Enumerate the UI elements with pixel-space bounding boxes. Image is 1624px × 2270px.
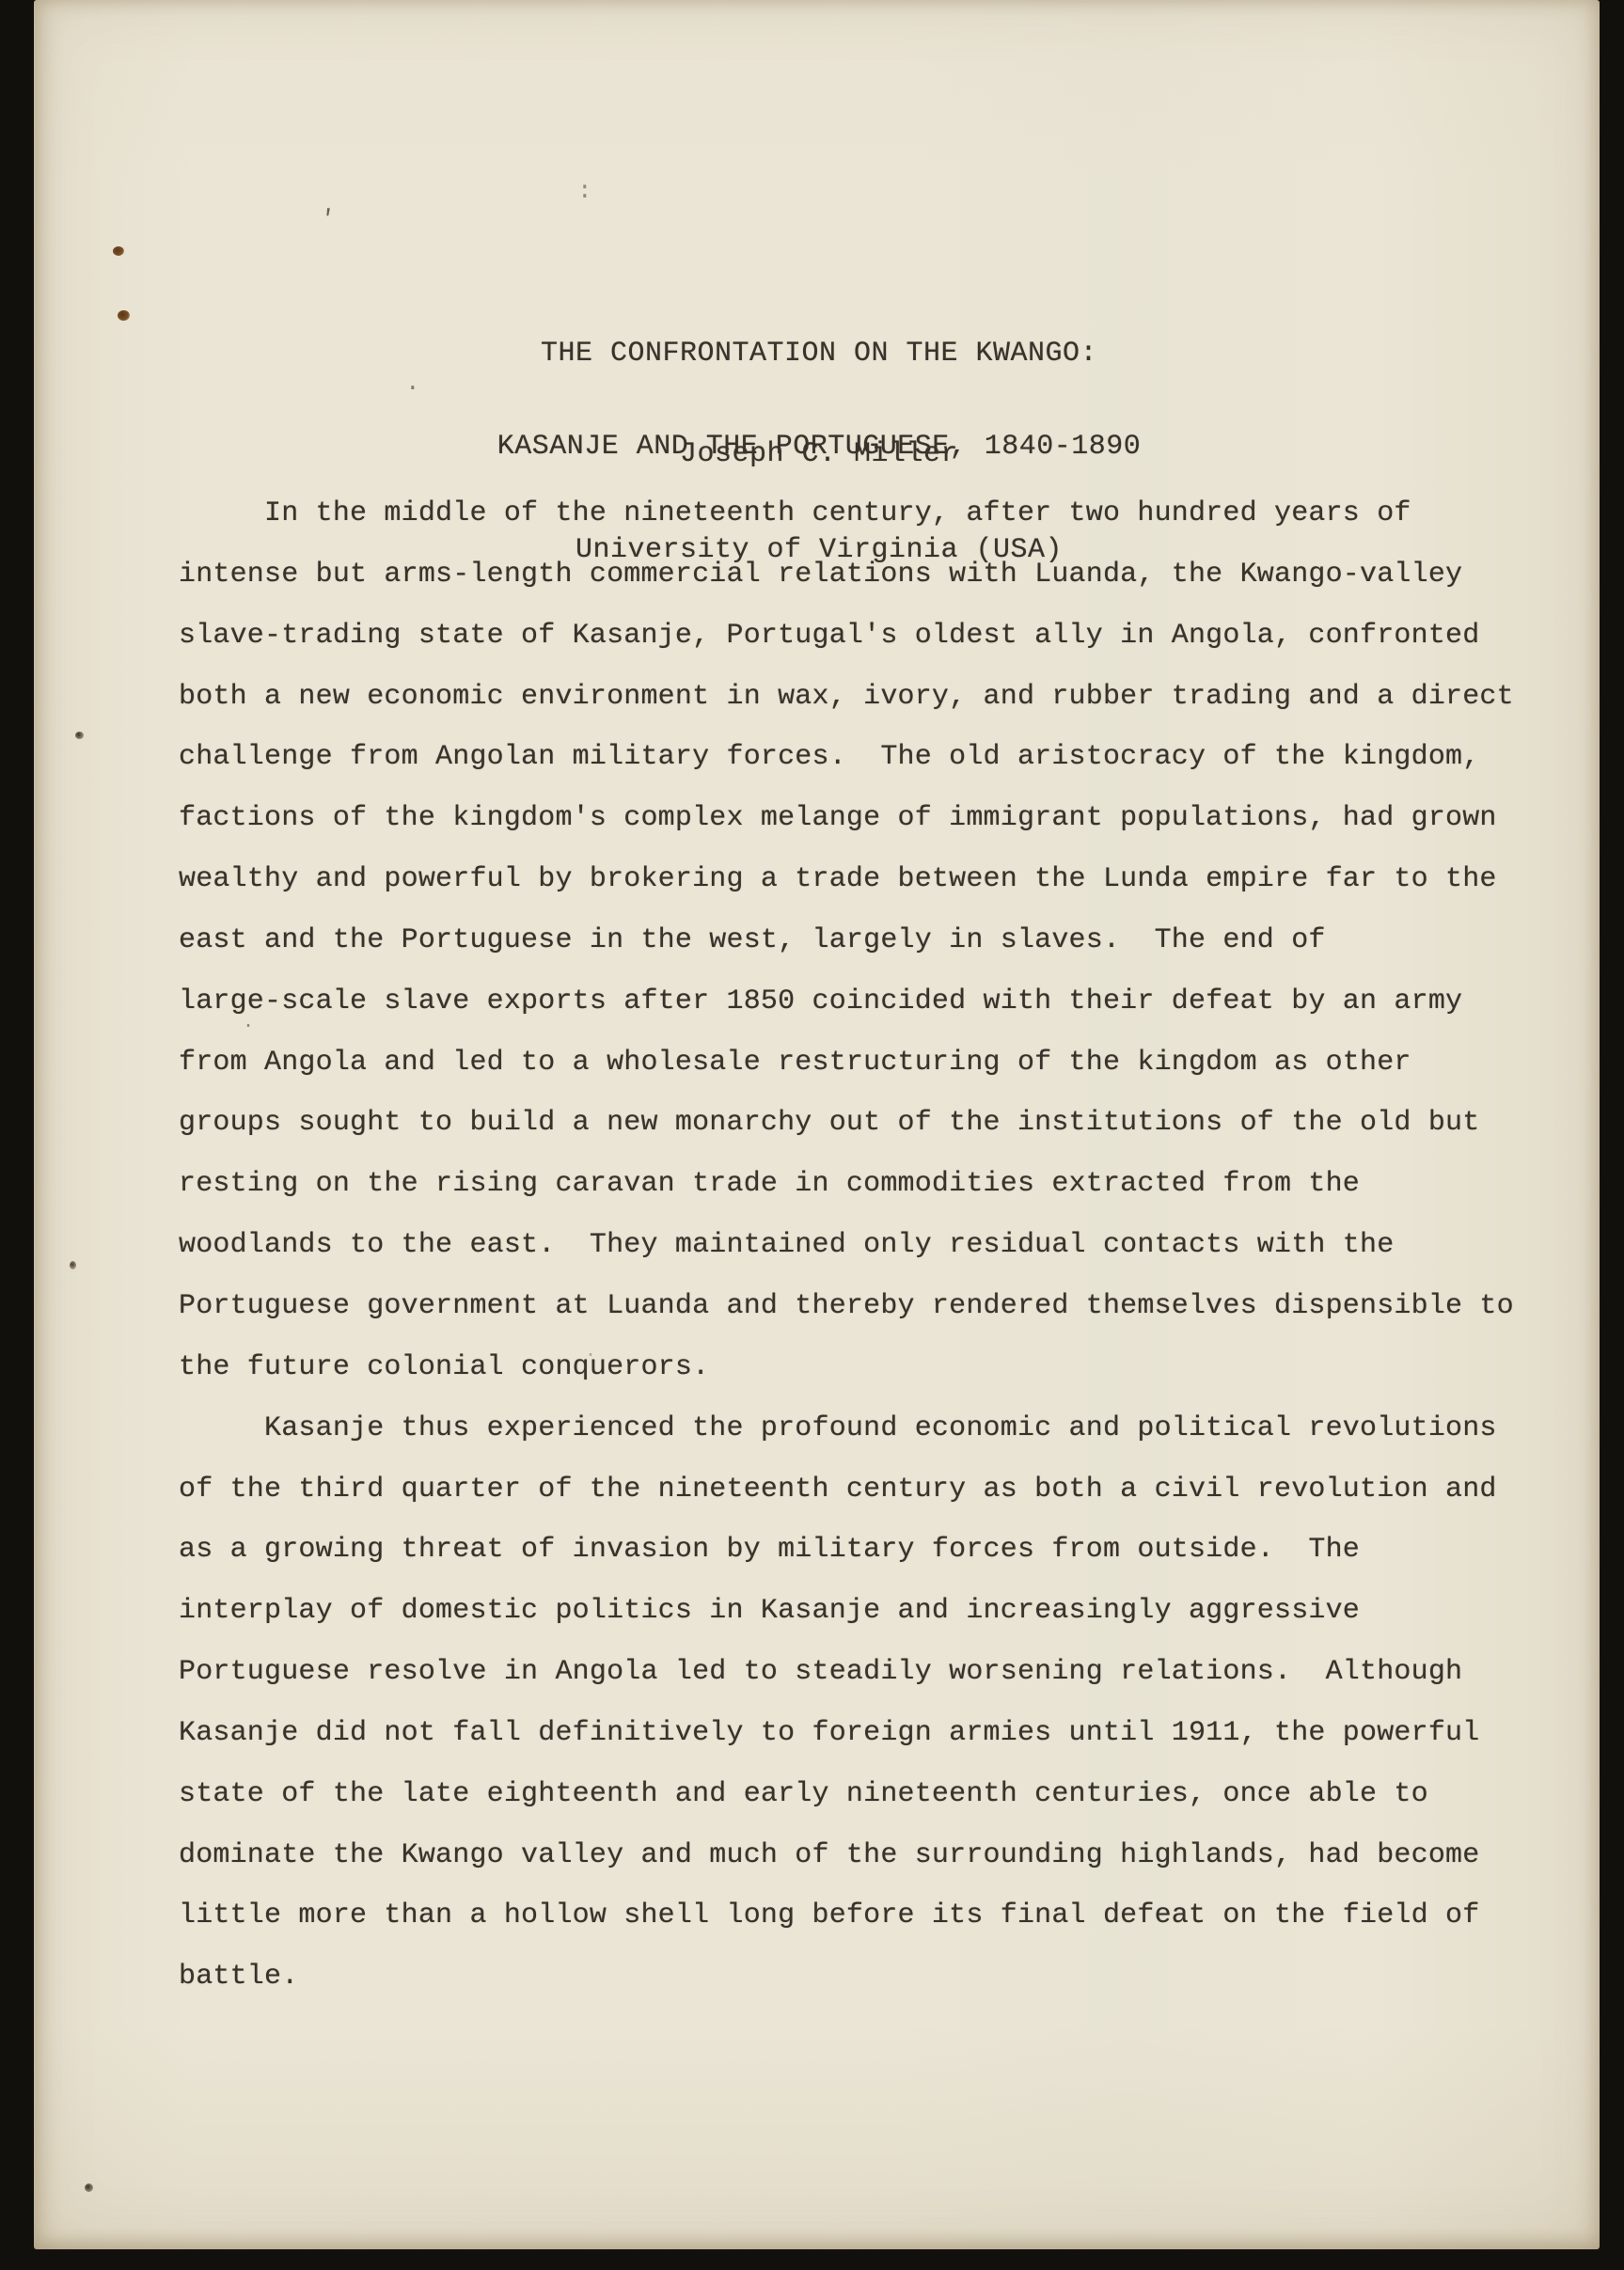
scanned-page: ' : . . . THE CONFRONTATION ON THE KWANG… [0,0,1624,2270]
body-line: both a new economic environment in wax, … [179,667,1525,728]
body-line: large-scale slave exports after 1850 coi… [179,971,1525,1033]
typescript-content: THE CONFRONTATION ON THE KWANGO: KASANJE… [179,0,1525,2249]
body-line: challenge from Angolan military forces. … [179,727,1525,788]
body-line: as a growing threat of invasion by milit… [179,1520,1525,1581]
body-line: slave-trading state of Kasanje, Portugal… [179,606,1525,667]
body-line: groups sought to build a new monarchy ou… [179,1093,1525,1154]
paper-stain [113,246,124,256]
body-line: resting on the rising caravan trade in c… [179,1154,1525,1215]
body-line: east and the Portuguese in the west, lar… [179,910,1525,971]
paper-stain [75,732,84,739]
body-line: little more than a hollow shell long bef… [179,1885,1525,1947]
author-name: Joseph C. Miller [146,438,1492,470]
body-line: factions of the kingdom's complex melang… [179,788,1525,849]
body-line: the future colonial conquerors. [179,1337,1525,1398]
body-line: interplay of domestic politics in Kasanj… [179,1581,1525,1642]
body-line: state of the late eighteenth and early n… [179,1764,1525,1825]
body-line: battle. [179,1947,1525,2008]
body-line: Kasanje thus experienced the profound ec… [179,1398,1525,1459]
body-line: woodlands to the east. They maintained o… [179,1215,1525,1276]
paper-stain [85,2183,93,2192]
body-line: intense but arms-length commercial relat… [179,544,1525,606]
body-line: wealthy and powerful by brokering a trad… [179,849,1525,910]
title-line-1: THE CONFRONTATION ON THE KWANGO: [146,339,1492,370]
body-line: of the third quarter of the nineteenth c… [179,1459,1525,1521]
body-line: Kasanje did not fall definitively to for… [179,1703,1525,1764]
body-text: In the middle of the nineteenth century,… [179,483,1525,2008]
paper-sheet: ' : . . . THE CONFRONTATION ON THE KWANG… [34,0,1600,2249]
body-line: dominate the Kwango valley and much of t… [179,1825,1525,1886]
body-line: from Angola and led to a wholesale restr… [179,1033,1525,1094]
body-line: Portuguese government at Luanda and ther… [179,1276,1525,1337]
paper-stain [118,310,130,321]
paper-stain [70,1261,76,1269]
body-line: In the middle of the nineteenth century,… [179,483,1525,544]
body-line: Portuguese resolve in Angola led to stea… [179,1642,1525,1703]
